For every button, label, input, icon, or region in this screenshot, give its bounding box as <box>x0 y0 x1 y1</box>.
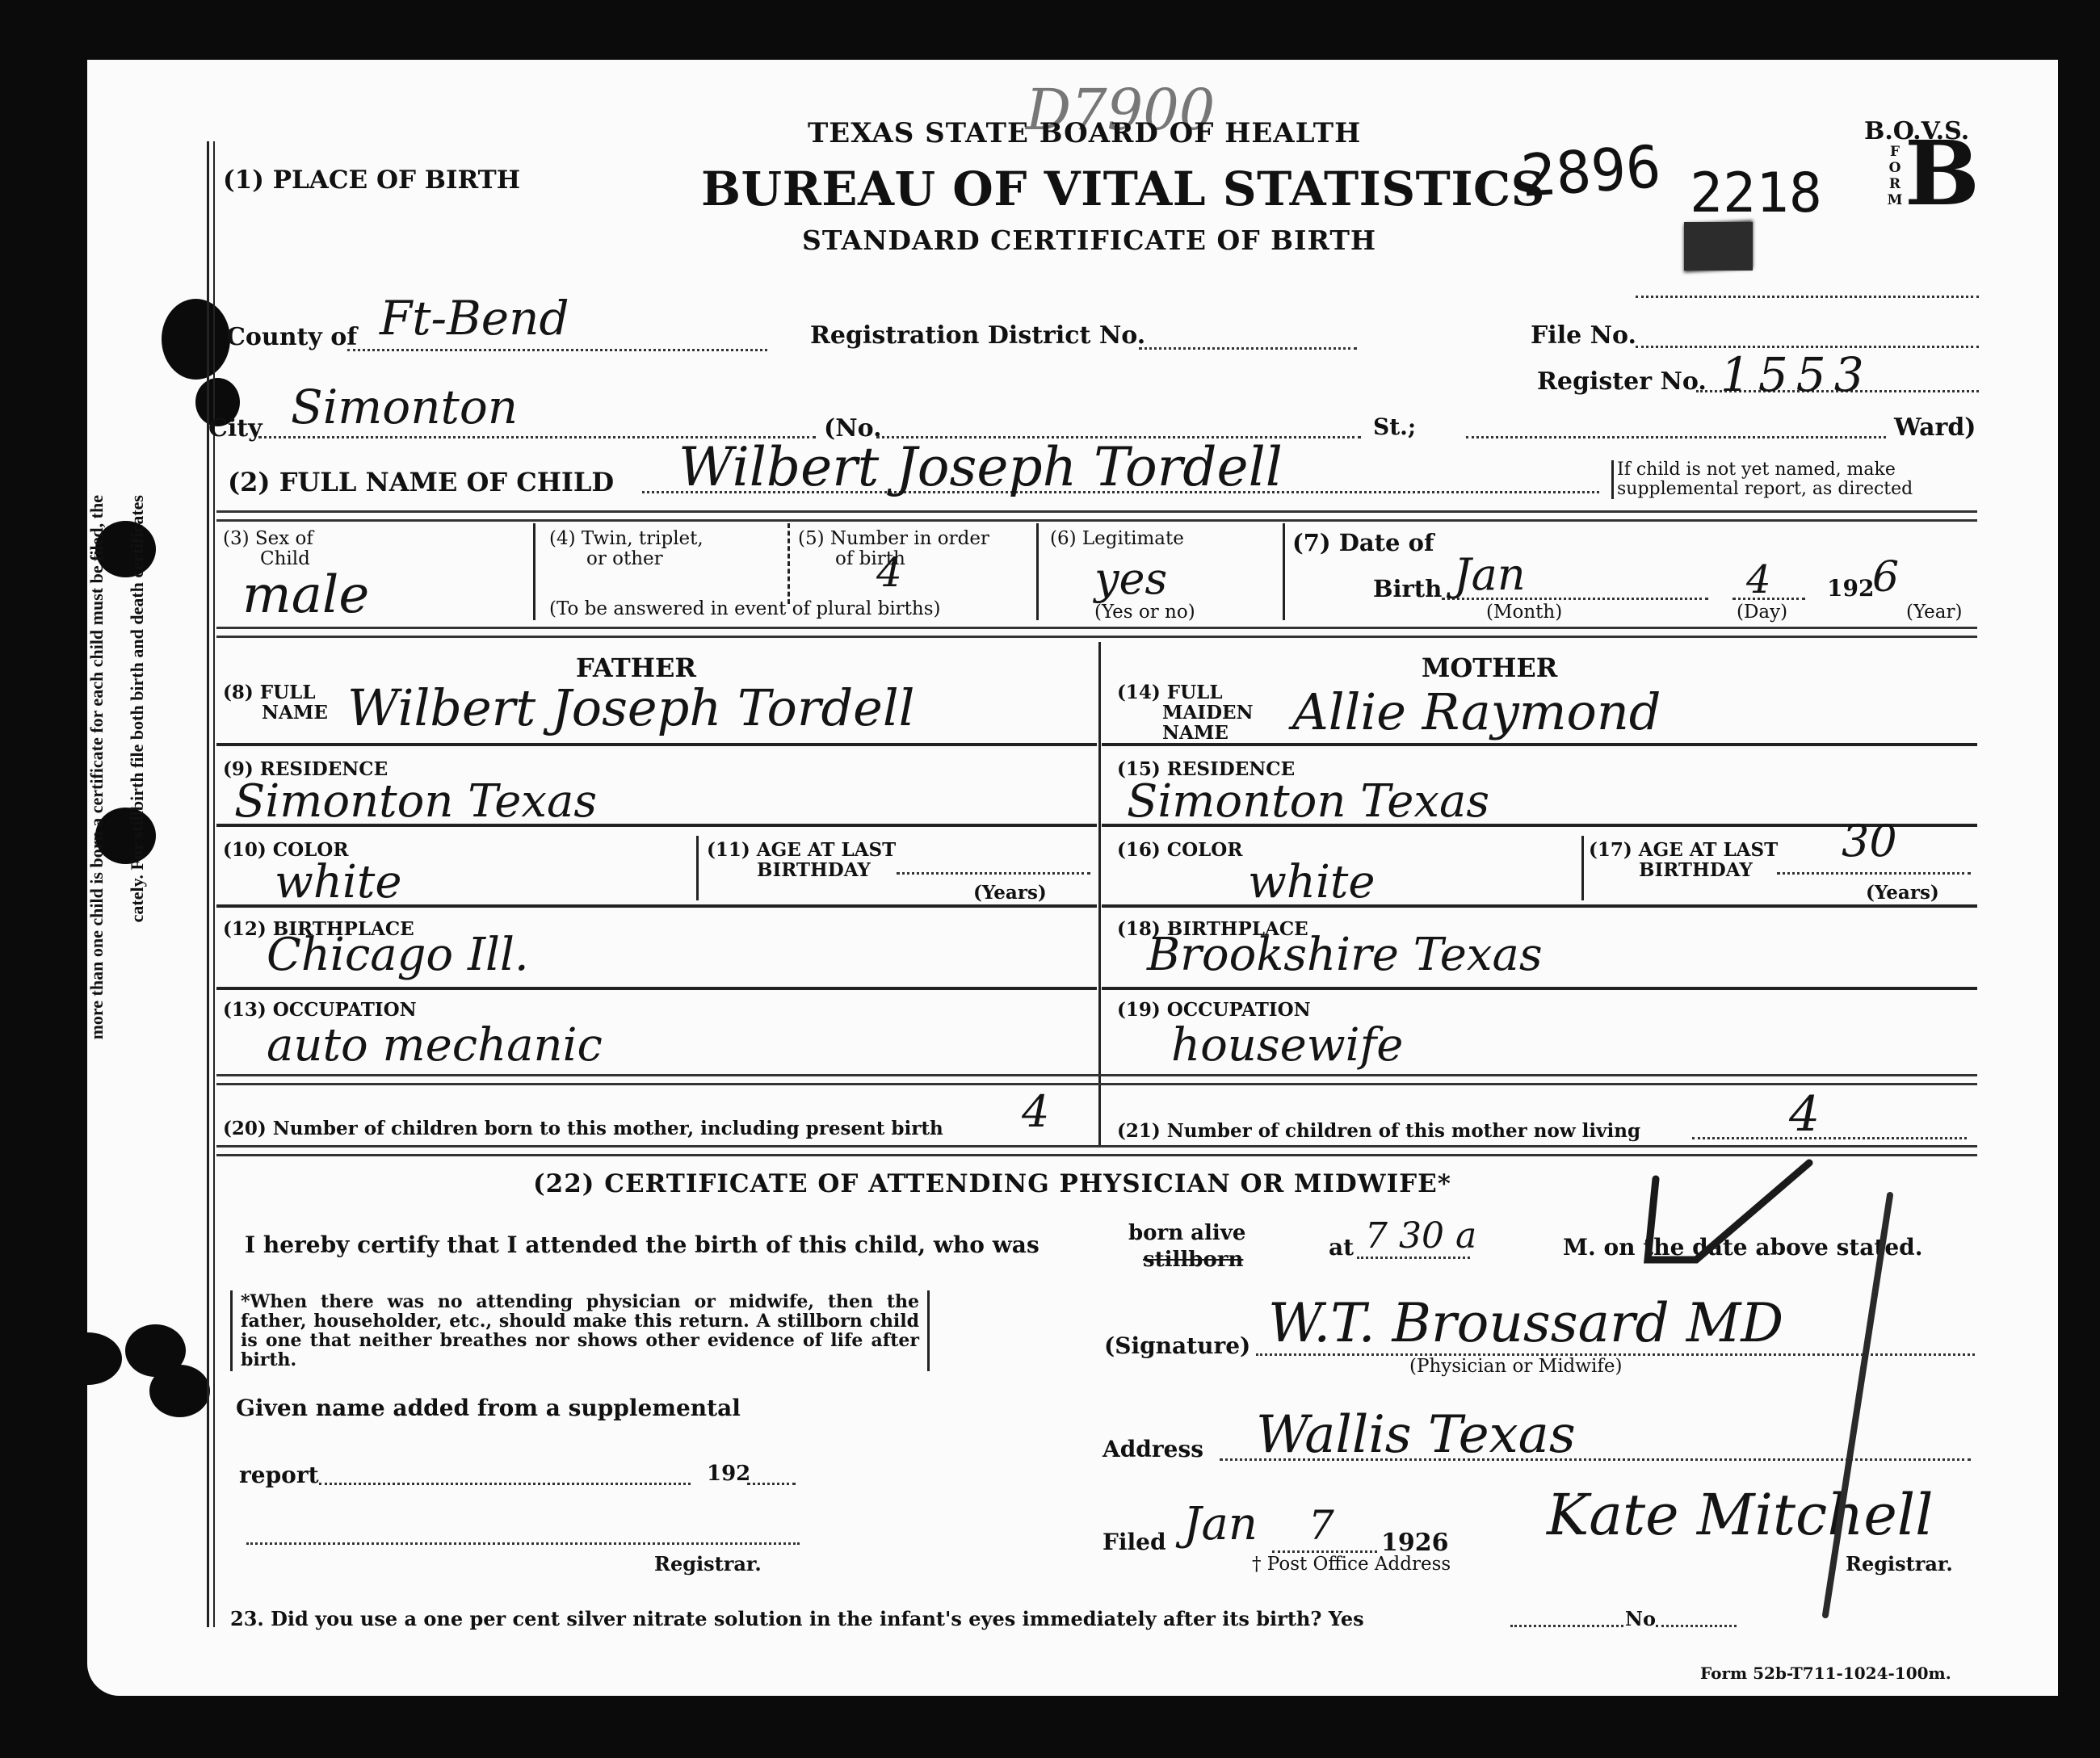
mother-name-label-line2: MAIDEN <box>1117 703 1254 723</box>
question-23-text: 23. Did you use a one per cent silver ni… <box>230 1607 1364 1630</box>
certificate-heading: (22) CERTIFICATE OF ATTENDING PHYSICIAN … <box>533 1169 1451 1198</box>
filed-label: Filed <box>1102 1529 1166 1555</box>
stillborn-label: stillborn <box>1143 1248 1243 1272</box>
address-label: Address <box>1102 1436 1203 1462</box>
divider-vertical <box>1581 836 1584 900</box>
registrar-left-field[interactable] <box>246 1542 800 1545</box>
twin-label-line1: (4) Twin, triplet, <box>549 529 703 549</box>
father-name-label-line1: (8) FULL <box>223 682 328 703</box>
margin-instruction-2: cately. For stillbirth file both birth a… <box>127 495 148 1303</box>
divider <box>216 824 1097 827</box>
mother-age-label: (17) AGE AT LAST BIRTHDAY <box>1589 840 1778 880</box>
mother-name-value[interactable]: Allie Raymond <box>1292 682 1661 741</box>
children-born-value[interactable]: 4 <box>1022 1086 1049 1137</box>
mother-age-label-line2: BIRTHDAY <box>1589 860 1778 880</box>
punch-hole <box>53 1332 122 1385</box>
dob-year-note: (Year) <box>1906 602 1962 623</box>
question-23-no-field[interactable] <box>1656 1625 1737 1627</box>
file-no-upper-line <box>1636 296 1979 298</box>
father-occupation-value[interactable]: auto mechanic <box>267 1019 603 1072</box>
divider <box>1102 987 1977 990</box>
stillborn-footnote: *When there was no attending physician o… <box>230 1290 930 1371</box>
filed-day-field[interactable] <box>1272 1550 1377 1553</box>
child-full-name-label: (2) FULL NAME OF CHILD <box>228 467 614 497</box>
certificate-type: STANDARD CERTIFICATE OF BIRTH <box>802 224 1376 256</box>
father-residence-value[interactable]: Simonton Texas <box>234 775 597 828</box>
county-field-line[interactable] <box>347 349 767 351</box>
dob-day-value[interactable]: 4 <box>1746 557 1771 602</box>
form-letter: B <box>1905 121 1980 226</box>
ward-field-line[interactable] <box>1466 436 1886 438</box>
legitimate-label: (6) Legitimate <box>1050 529 1184 549</box>
twin-label: (4) Twin, triplet, or other <box>549 529 703 569</box>
form-code: Form 52b-T711-1024-100m. <box>1700 1664 1951 1683</box>
child-full-name-value[interactable]: Wilbert Joseph Tordell <box>678 436 1283 498</box>
time-at-label: at <box>1329 1234 1354 1261</box>
mother-name-label: (14) FULL MAIDEN NAME <box>1117 682 1254 743</box>
birth-order-value[interactable]: 4 <box>876 549 902 596</box>
mother-occupation-value[interactable]: housewife <box>1171 1019 1403 1072</box>
filed-month[interactable]: Jan <box>1183 1498 1258 1550</box>
ward-label: Ward) <box>1894 413 1976 442</box>
divider-vertical <box>1283 523 1285 620</box>
children-living-label: (21) Number of children of this mother n… <box>1117 1121 1640 1141</box>
obscured-stamp <box>1684 222 1753 271</box>
father-name-value[interactable]: Wilbert Joseph Tordell <box>347 678 915 737</box>
divider <box>216 1074 1977 1085</box>
report-year-field[interactable] <box>747 1483 796 1485</box>
dob-month-note: (Month) <box>1486 602 1562 623</box>
dob-day-note: (Day) <box>1737 602 1787 623</box>
father-years-note: (Years) <box>973 883 1047 903</box>
form-left-border <box>207 141 209 1627</box>
father-age-field[interactable] <box>897 872 1090 875</box>
plural-births-note: (To be answered in event of plural birth… <box>549 599 941 619</box>
mother-color-label: (16) COLOR <box>1117 840 1242 860</box>
father-age-label-line2: BIRTHDAY <box>707 860 896 880</box>
mother-age-value[interactable]: 30 <box>1842 816 1897 866</box>
father-age-label: (11) AGE AT LAST BIRTHDAY <box>707 840 896 880</box>
supplemental-label: Given name added from a supplemental <box>236 1395 741 1421</box>
sex-value[interactable]: male <box>242 565 369 625</box>
dob-year-prefix: 192 <box>1827 575 1874 602</box>
margin-instruction-1: more than one child is born a certificat… <box>86 495 107 1303</box>
mother-age-field[interactable] <box>1777 872 1971 875</box>
file-no-label: File No. <box>1531 321 1636 350</box>
legitimate-value[interactable]: yes <box>1094 553 1167 604</box>
dob-label-2: Birth <box>1373 575 1442 602</box>
register-no-value[interactable]: 1553 <box>1720 347 1872 402</box>
divider <box>216 987 1097 990</box>
unnamed-note: If child is not yet named, make suppleme… <box>1611 460 1913 499</box>
punch-hole <box>149 1365 210 1417</box>
father-occupation-label: (13) OCCUPATION <box>223 1000 417 1020</box>
county-value[interactable]: Ft-Bend <box>380 291 569 346</box>
county-label: County of <box>226 323 357 351</box>
divider <box>216 510 1977 522</box>
certify-text: I hereby certify that I attended the bir… <box>245 1231 1039 1258</box>
stamp-number-2218: 2218 <box>1690 162 1822 225</box>
time-value[interactable]: 7 30 a <box>1365 1215 1476 1257</box>
divider-vertical <box>1036 523 1039 620</box>
time-field[interactable] <box>1357 1257 1470 1259</box>
mother-name-label-line1: (14) FULL <box>1117 682 1254 703</box>
stamp-number-2896: 2896 <box>1518 132 1663 210</box>
stillborn-footnote-text: *When there was no attending physician o… <box>241 1291 919 1370</box>
filed-day[interactable]: 7 <box>1308 1502 1334 1549</box>
report-field[interactable] <box>319 1483 691 1485</box>
po-address-note: † Post Office Address <box>1252 1555 1451 1575</box>
mother-occupation-label: (19) OCCUPATION <box>1117 1000 1311 1020</box>
check-mark-annotation <box>1615 1131 1979 1631</box>
sex-label-line1: (3) Sex of <box>223 529 313 549</box>
signature-note: (Physician or Midwife) <box>1409 1357 1622 1377</box>
dob-month-value[interactable]: Jan <box>1454 549 1526 600</box>
sex-label: (3) Sex of Child <box>223 529 313 569</box>
filed-year: 1926 <box>1381 1529 1449 1557</box>
registration-district-label: Registration District No. <box>810 321 1145 350</box>
father-mother-divider <box>1098 642 1101 1147</box>
birth-order-label-line1: (5) Number in order <box>798 529 989 549</box>
divider-vertical <box>696 836 699 900</box>
mother-heading: MOTHER <box>1422 652 1557 683</box>
question-23-yes-field[interactable] <box>1510 1625 1623 1627</box>
board-title: TEXAS STATE BOARD OF HEALTH <box>808 117 1361 149</box>
father-color-value[interactable]: white <box>275 856 402 908</box>
father-birthplace-value[interactable]: Chicago Ill. <box>267 929 529 981</box>
mother-years-note: (Years) <box>1866 883 1939 903</box>
legitimate-note: (Yes or no) <box>1094 602 1195 623</box>
unnamed-note-line1: If child is not yet named, make <box>1617 460 1913 480</box>
dob-label-1: (7) Date of <box>1292 529 1434 556</box>
mother-color-value[interactable]: white <box>1248 856 1375 908</box>
mother-age-label-line1: (17) AGE AT LAST <box>1589 840 1778 860</box>
divider <box>216 627 1977 638</box>
divider-vertical <box>787 523 790 604</box>
born-alive-label: born alive <box>1128 1221 1245 1245</box>
registration-district-field[interactable] <box>1139 347 1357 350</box>
address-value[interactable]: Wallis Texas <box>1256 1405 1576 1465</box>
place-of-birth-label: (1) PLACE OF BIRTH <box>223 166 520 195</box>
father-name-label: (8) FULL NAME <box>223 682 328 723</box>
mother-birthplace-value[interactable]: Brookshire Texas <box>1147 929 1543 981</box>
mother-residence-value[interactable]: Simonton Texas <box>1127 775 1489 828</box>
signature-label: (Signature) <box>1104 1332 1250 1359</box>
city-label: City <box>208 414 262 443</box>
father-name-label-line2: NAME <box>223 703 328 723</box>
bureau-title: BUREAU OF VITAL STATISTICS <box>701 162 1545 216</box>
register-no-label: Register No. <box>1537 367 1707 396</box>
report-year: 192 <box>707 1462 750 1486</box>
divider-vertical <box>533 523 535 620</box>
registrar-left-label: Registrar. <box>654 1552 762 1575</box>
divider <box>216 743 1097 746</box>
form-vertical-label: FORM <box>1887 144 1903 208</box>
father-age-label-line1: (11) AGE AT LAST <box>707 840 896 860</box>
dob-year-value[interactable]: 6 <box>1872 553 1899 602</box>
divider <box>1102 743 1977 746</box>
mother-name-label-line3: NAME <box>1117 723 1254 743</box>
divider <box>216 904 1097 908</box>
street-label: St.; <box>1373 413 1416 440</box>
punch-hole <box>162 299 230 380</box>
twin-label-line2: or other <box>549 549 703 569</box>
divider <box>1102 904 1977 908</box>
question-23-no-label: No <box>1625 1607 1656 1630</box>
report-label: report <box>239 1462 319 1488</box>
city-value[interactable]: Simonton <box>291 380 518 434</box>
unnamed-note-line2: supplemental report, as directed <box>1617 480 1913 499</box>
children-born-label: (20) Number of children born to this mot… <box>223 1118 943 1139</box>
form-left-border <box>213 141 215 1627</box>
